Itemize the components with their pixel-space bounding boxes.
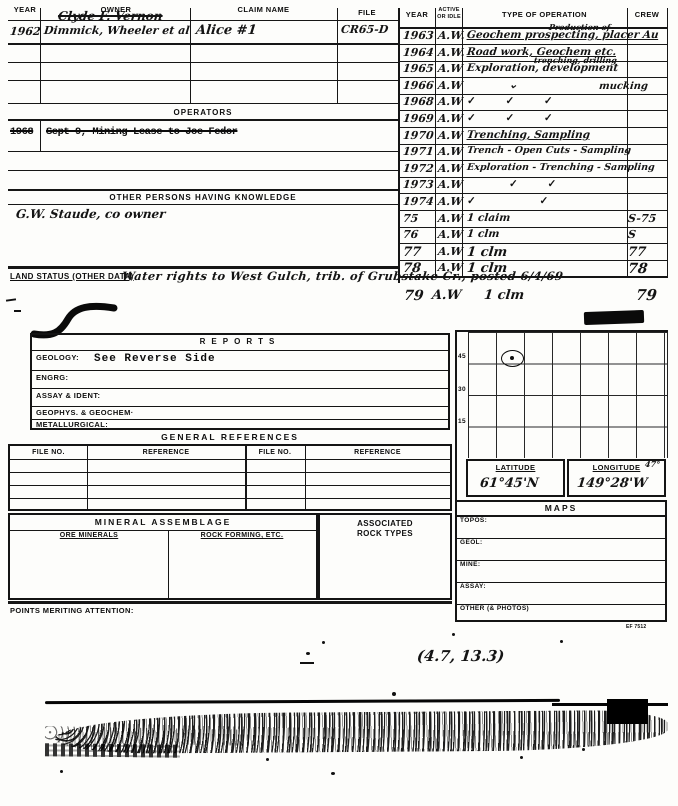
land-status-label: LAND STATUS (OTHER DATA)	[10, 272, 134, 281]
line	[8, 189, 398, 191]
engrg-label: ENGRG:	[36, 373, 68, 382]
geology-value: See Reverse Side	[94, 353, 216, 365]
line	[8, 43, 398, 45]
latitude-box: LATITUDE 61°45'N	[466, 459, 565, 497]
line	[40, 120, 41, 151]
genref-col2-header: REFERENCE	[87, 449, 245, 456]
status-cell: A.W	[437, 261, 464, 274]
reports-geophys-row: GEOPHYS. & GEOCHEM·	[32, 406, 448, 420]
activity-header-active-line2: OR IDLE	[435, 14, 463, 20]
operation-note: Production of	[548, 22, 610, 32]
operation-cell: Trench - Open Cuts - Sampling	[466, 145, 625, 156]
other-photos-label: OTHER (& PHOTOS)	[460, 605, 529, 612]
geophys-geochem-label: GEOPHYS. & GEOCHEM·	[36, 408, 134, 417]
year-cell: 1969	[402, 112, 435, 125]
scan-artifact-line	[45, 699, 560, 704]
associated-rock-types-box: ASSOCIATED ROCK TYPES	[318, 513, 452, 600]
year-cell: 1965	[402, 62, 435, 75]
year-cell: 1973	[402, 178, 435, 191]
line	[8, 119, 398, 121]
maps-box: MAPS TOPOS: GEOL: MINE: ASSAY: OTHER (& …	[455, 500, 667, 622]
associated-title-line1: ASSOCIATED	[320, 519, 450, 528]
claim-file-number: CR65-D	[340, 23, 389, 36]
maps-mine-row: MINE:	[457, 560, 665, 583]
stray-dot	[582, 748, 585, 751]
genref-col4-header: REFERENCE	[305, 449, 450, 456]
status-cell: A.W	[437, 62, 464, 75]
status-cell: A.W	[437, 195, 464, 208]
year-cell: 1964	[402, 46, 435, 59]
activity-header-crew: CREW	[626, 10, 668, 19]
activity-header-active-line1: ACTIVE	[435, 7, 463, 13]
overflow-status: A.W	[431, 288, 462, 303]
line	[435, 8, 436, 277]
year-cell: 75	[402, 212, 435, 225]
line	[8, 62, 398, 63]
claim-location-dot	[510, 356, 514, 360]
grid-tick-30: 30	[455, 386, 466, 393]
grid-tick-45: 45	[455, 353, 466, 360]
year-cell: 76	[402, 228, 435, 241]
stray-dot	[560, 640, 563, 643]
line	[190, 8, 191, 103]
crew-cell: 77	[627, 245, 669, 260]
assay-ident-label: ASSAY & IDENT:	[36, 391, 100, 400]
mining-claim-record-card: YEAR OWNER CLAIM NAME FILE Clyde F. Vern…	[0, 0, 678, 806]
mine-label: MINE:	[460, 561, 480, 568]
operators-entry-year: 1968	[10, 126, 33, 138]
scan-artifact-smudge-text	[45, 743, 180, 757]
line	[667, 8, 668, 277]
genref-col1-header: FILE NO.	[10, 449, 87, 456]
operation-note: trenching, drilling	[533, 55, 617, 65]
maps-assay-row: ASSAY:	[457, 582, 665, 605]
reports-assay-row: ASSAY & IDENT:	[32, 388, 448, 407]
status-cell: A.W	[437, 212, 464, 225]
year-cell: 1963	[402, 29, 435, 42]
points-meriting-attention-label: POINTS MERITING ATTENTION:	[10, 606, 134, 615]
status-cell: A.W	[437, 245, 464, 258]
latitude-value: 61°45'N	[479, 476, 539, 491]
status-cell: A.W	[437, 95, 464, 108]
status-cell: A.W.	[437, 29, 464, 42]
claim-year: 1962	[9, 25, 41, 38]
assay-label: ASSAY:	[460, 583, 486, 590]
activity-header-year: YEAR	[399, 10, 435, 19]
line	[337, 8, 338, 103]
handwritten-note: (4.7, 13.3)	[416, 647, 505, 665]
crew-cell: S	[627, 228, 668, 241]
longitude-value: 149°28'W	[576, 476, 648, 491]
rock-forming-header: ROCK FORMING, ETC.	[168, 532, 316, 539]
stray-dot	[266, 758, 269, 761]
claim-name: Alice #1	[195, 23, 257, 38]
year-cell: 1970	[402, 129, 435, 142]
maps-other-row: OTHER (& PHOTOS)	[457, 604, 665, 620]
operation-cell: 1 clm	[466, 245, 626, 260]
year-cell: 1974	[402, 195, 435, 208]
line	[8, 103, 398, 104]
scan-artifact-smudge	[584, 310, 644, 325]
line	[8, 20, 398, 21]
genref-col3-header: FILE NO.	[245, 449, 305, 456]
year-cell: 1968	[402, 95, 435, 108]
geol-label: GEOL:	[460, 539, 483, 546]
status-cell: A.W	[437, 162, 464, 175]
year-cell: 1966	[402, 79, 435, 92]
reports-metallurgical-row: METALLURGICAL:	[32, 419, 448, 428]
maps-geol-row: GEOL:	[457, 538, 665, 561]
status-cell: A.W	[437, 228, 464, 241]
claims-header-year: YEAR	[8, 5, 42, 14]
line	[8, 80, 398, 81]
crew-cell: mucking	[598, 81, 648, 92]
form-number: EF 7512	[626, 624, 646, 630]
year-cell: 78	[402, 261, 436, 276]
year-cell: 1971	[402, 145, 435, 158]
line	[245, 446, 247, 509]
grid-tick-15: 15	[455, 418, 466, 425]
stray-dot	[331, 772, 335, 775]
claim-location-circle	[501, 350, 524, 367]
longitude-note: 47°	[644, 459, 660, 469]
overflow-crew: 79	[635, 286, 658, 304]
stray-dot	[322, 641, 325, 644]
maps-title: MAPS	[457, 502, 665, 517]
year-cell: 77	[402, 245, 436, 260]
claims-header-claim-name: CLAIM NAME	[190, 5, 337, 14]
line	[8, 204, 398, 205]
activity-header-operation: TYPE OF OPERATION	[463, 10, 626, 19]
location-grid	[468, 332, 668, 458]
reports-box: REPORTS GEOLOGY: See Reverse Side ENGRG:…	[30, 333, 450, 430]
reports-title: REPORTS	[32, 335, 448, 351]
line	[10, 459, 450, 460]
metallurgical-label: METALLURGICAL:	[36, 420, 108, 429]
line	[87, 446, 88, 509]
mineral-assemblage-box: MINERAL ASSEMBLAGE ORE MINERALS ROCK FOR…	[8, 513, 318, 600]
operators-title: OPERATORS	[8, 108, 398, 117]
line	[305, 446, 306, 509]
overflow-operation: 1 clm	[483, 288, 525, 303]
latitude-label: LATITUDE	[468, 463, 563, 472]
associated-title-line2: ROCK TYPES	[320, 529, 450, 538]
operation-cell: Trenching, Sampling	[466, 129, 625, 141]
other-persons-entry: G.W. Staude, co owner	[15, 207, 166, 221]
status-cell: A.W	[437, 178, 464, 191]
line	[627, 8, 628, 277]
topos-label: TOPOS:	[460, 517, 487, 524]
mineral-assemblage-title: MINERAL ASSEMBLAGE	[10, 515, 316, 530]
line	[8, 170, 398, 171]
operation-cell: 1 clm	[466, 228, 625, 240]
stray-mark	[6, 298, 16, 301]
line	[168, 530, 169, 598]
ore-minerals-header: ORE MINERALS	[10, 532, 168, 539]
line	[462, 8, 463, 277]
line	[8, 151, 398, 152]
stray-dot	[60, 770, 63, 773]
line	[10, 498, 450, 499]
stray-mark	[14, 310, 21, 312]
other-persons-title: OTHER PERSONS HAVING KNOWLEDGE	[8, 193, 398, 202]
operators-entry: Sept 9, Mining Lease to Joe Fedor	[46, 126, 237, 138]
line	[10, 485, 450, 486]
operation-cell: ✓ ✓	[467, 195, 625, 207]
longitude-box: LONGITUDE 47° 149°28'W	[567, 459, 666, 497]
operation-cell: ✓ ✓ ✓	[467, 112, 625, 124]
operation-cell: 1 clm	[466, 261, 626, 276]
claim-owner: Dimmick, Wheeler et al	[43, 24, 190, 37]
operation-cell: ✓ ✓	[509, 178, 667, 190]
claims-header-file: FILE	[337, 8, 397, 17]
status-cell: A.W	[437, 145, 464, 158]
crew-cell: 78	[627, 261, 669, 277]
stray-dot	[392, 692, 396, 696]
general-references-title: GENERAL REFERENCES	[8, 432, 452, 442]
status-cell: A.W	[437, 79, 464, 92]
status-cell: A.W	[437, 129, 464, 142]
line	[10, 472, 450, 473]
stray-dot	[452, 633, 455, 636]
stray-dot	[306, 652, 310, 655]
stray-mark	[300, 662, 314, 664]
reports-geology-row: GEOLOGY: See Reverse Side	[32, 351, 448, 371]
crew-cell: S-75	[627, 212, 668, 225]
operation-cell: 1 claim	[466, 212, 625, 224]
stray-dot	[520, 756, 523, 759]
geology-label: GEOLOGY:	[36, 353, 79, 362]
line	[40, 8, 41, 103]
operation-cell: Exploration - Trenching - Sampling	[466, 162, 625, 173]
reports-engrg-row: ENGRG:	[32, 370, 448, 389]
status-cell: A.W	[437, 112, 464, 125]
overflow-year: 79	[403, 288, 424, 304]
maps-topos-row: TOPOS:	[457, 516, 665, 539]
year-cell: 1972	[402, 162, 435, 175]
general-references-table: FILE NO. REFERENCE FILE NO. REFERENCE	[8, 444, 452, 511]
line	[10, 530, 316, 531]
status-cell: A.W.	[437, 46, 464, 59]
line	[8, 601, 452, 604]
operation-cell: ✓ ✓ ✓	[467, 95, 625, 107]
